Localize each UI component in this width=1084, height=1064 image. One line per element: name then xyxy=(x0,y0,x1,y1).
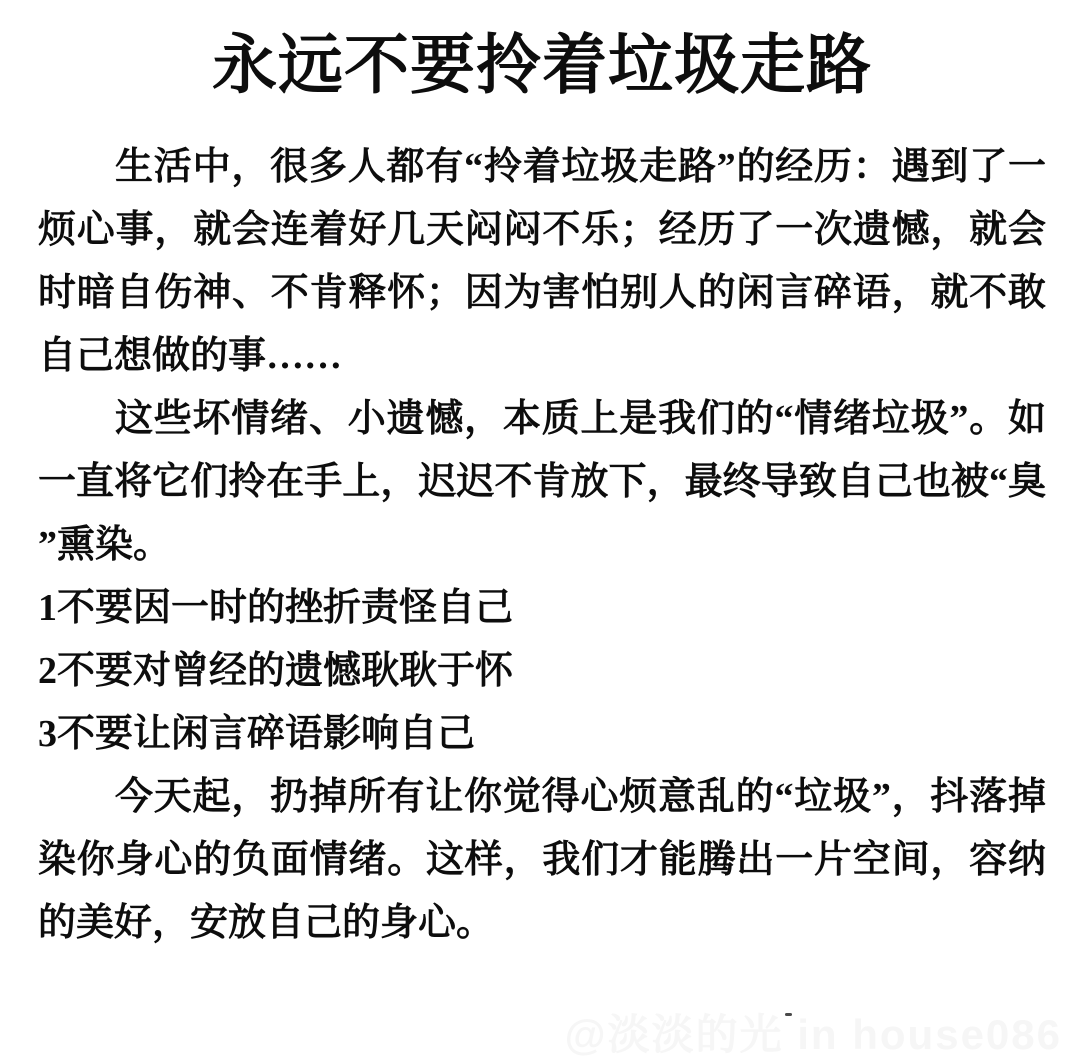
text-line: 这些坏情绪、小遗憾，本质上是我们的“情绪垃圾”。如果 xyxy=(38,388,1046,451)
document-title: 永远不要拎着垃圾走路 xyxy=(0,18,1084,114)
list-item-2: 2不要对曾经的遗憾耿耿于怀 xyxy=(38,640,1046,703)
ink-speck xyxy=(785,1013,792,1016)
document-body: 生活中，很多人都有“拎着垃圾走路”的经历：遇到了一些 烦心事，就会连着好几天闷闷… xyxy=(38,136,1046,955)
list-item-3: 3不要让闲言碎语影响自己 xyxy=(38,703,1046,766)
text-line: ”熏染。 xyxy=(38,514,1046,577)
text-line: 今天起，扔掉所有让你觉得心烦意乱的“垃圾”，抖落掉污 xyxy=(38,766,1046,829)
text-line: 一直将它们拎在手上，迟迟不肯放下，最终导致自己也被“臭气 xyxy=(38,451,1046,514)
text-line: 时暗自伤神、不肯释怀；因为害怕别人的闲言碎语，就不敢去做 xyxy=(38,262,1046,325)
text-line: 烦心事，就会连着好几天闷闷不乐；经历了一次遗憾，就会时不 xyxy=(38,199,1046,262)
list-item-1: 1不要因一时的挫折责怪自己 xyxy=(38,577,1046,640)
text-line: 自己想做的事…… xyxy=(38,325,1046,388)
text-line: 染你身心的负面情绪。这样，我们才能腾出一片空间，容纳生活 xyxy=(38,829,1046,892)
text-line: 的美好，安放自己的身心。 xyxy=(38,892,1046,955)
text-line: 生活中，很多人都有“拎着垃圾走路”的经历：遇到了一些 xyxy=(38,136,1046,199)
watermark-text: @淡淡的光 in house086 xyxy=(565,1002,1062,1062)
document-page: 永远不要拎着垃圾走路 生活中，很多人都有“拎着垃圾走路”的经历：遇到了一些 烦心… xyxy=(0,0,1084,1064)
